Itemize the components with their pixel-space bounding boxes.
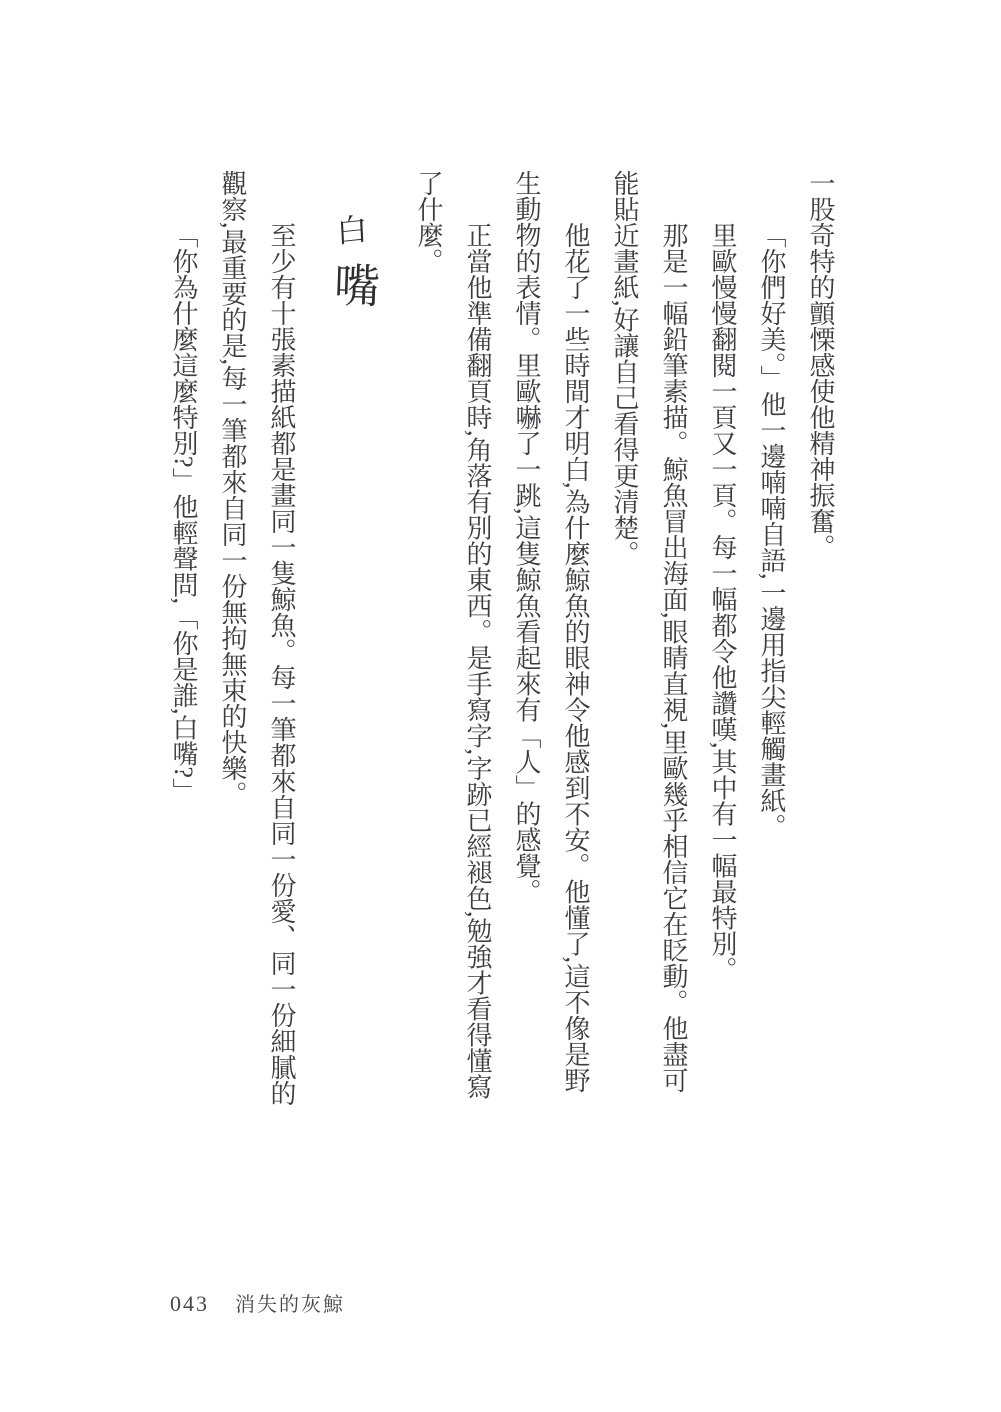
paragraph: 至少有十張素描紙都是畫同一隻鯨魚。每一筆都來自同一份愛、同一份細膩的觀察,最重要…: [208, 170, 306, 1110]
paragraph: 一股奇特的顫慄感使他精神振奮。: [796, 170, 845, 1110]
handwritten-whale-name: 白 嘴: [306, 170, 404, 1106]
handwritten-character: 白: [299, 211, 404, 253]
paragraph: 那是一幅鉛筆素描。鯨魚冒出海面,眼睛直視,里歐幾乎相信它在眨動。他盡可能貼近畫紙…: [600, 170, 698, 1110]
paragraph: 他花了一些時間才明白,為什麼鯨魚的眼神令他感到不安。他懂了,這不像是野生動物的表…: [502, 170, 600, 1110]
paragraph: 里歐慢慢翻閱一頁又一頁。每一幅都令他讚嘆,其中有一幅最特別。: [698, 170, 747, 1110]
handwritten-character: 嘴: [309, 261, 405, 310]
body-text: 一股奇特的顫慄感使他精神振奮。 「你們好美。」他一邊喃喃自語,一邊用指尖輕觸畫紙…: [159, 170, 845, 1110]
paragraph: 「你們好美。」他一邊喃喃自語,一邊用指尖輕觸畫紙。: [747, 170, 796, 1110]
paragraph: 「你為什麼這麼特別?」他輕聲問,「你是誰,白嘴?」: [159, 170, 208, 1110]
page-footer: 043 消失的灰鯨: [170, 1288, 345, 1317]
page-number: 043: [170, 1291, 209, 1317]
running-book-title: 消失的灰鯨: [235, 1288, 345, 1317]
book-page: 一股奇特的顫慄感使他精神振奮。 「你們好美。」他一邊喃喃自語,一邊用指尖輕觸畫紙…: [0, 0, 1001, 1412]
paragraph: 正當他準備翻頁時,角落有別的東西。是手寫字,字跡已經褪色,勉強才看得懂寫了什麼。: [404, 170, 502, 1110]
